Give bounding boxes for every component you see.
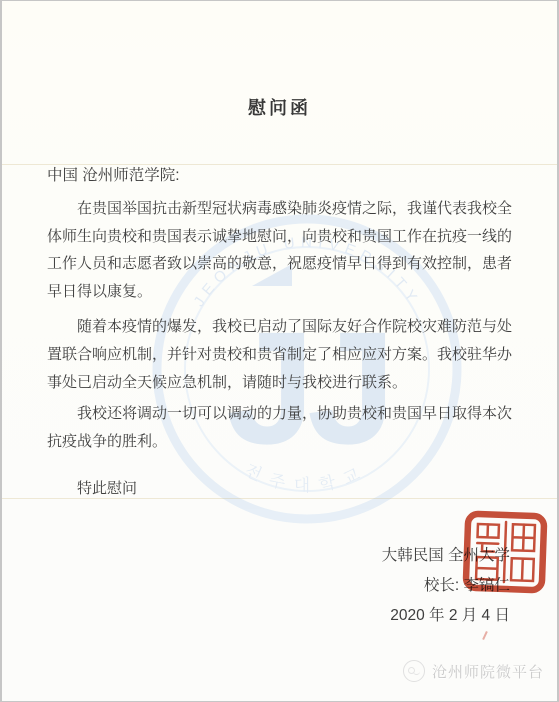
platform-logo-icon bbox=[403, 660, 425, 682]
signature-block: 大韩民国 全州大学 校长: 李镐仁 2020 年 2 月 4 日 bbox=[47, 541, 512, 631]
university-seal-stamp bbox=[461, 509, 550, 596]
letter-paragraph: 随着本疫情的爆发，我校已启动了国际友好合作院校灾难防范与处置联合响应机制，并针对… bbox=[47, 313, 512, 396]
signature-signer: 校长: 李镐仁 bbox=[47, 571, 510, 601]
platform-footer: 沧州师院微平台 bbox=[403, 660, 544, 682]
scanned-letter-page: JEONJU UNIVERSITY 전주대학교 JJ 慰问函 中国 沧州师范学院… bbox=[0, 0, 559, 702]
letter-paragraph: 在贵国举国抗击新型冠状病毒感染肺炎疫情之际，我谨代表我校全体师生向贵校和贵国表示… bbox=[47, 195, 512, 305]
letter-paragraph: 我校还将调动一切可以调动的力量，协助贵校和贵国早日取得本次抗疫战争的胜利。 bbox=[47, 400, 512, 455]
letter-addressee: 中国 沧州师范学院: bbox=[47, 165, 512, 187]
platform-name: 沧州师院微平台 bbox=[432, 661, 544, 682]
signature-organization: 大韩民国 全州大学 bbox=[47, 541, 510, 571]
letter-title: 慰问函 bbox=[47, 1, 512, 118]
signature-date: 2020 年 2 月 4 日 bbox=[47, 601, 510, 631]
letter-closing: 特此慰问 bbox=[47, 475, 512, 503]
